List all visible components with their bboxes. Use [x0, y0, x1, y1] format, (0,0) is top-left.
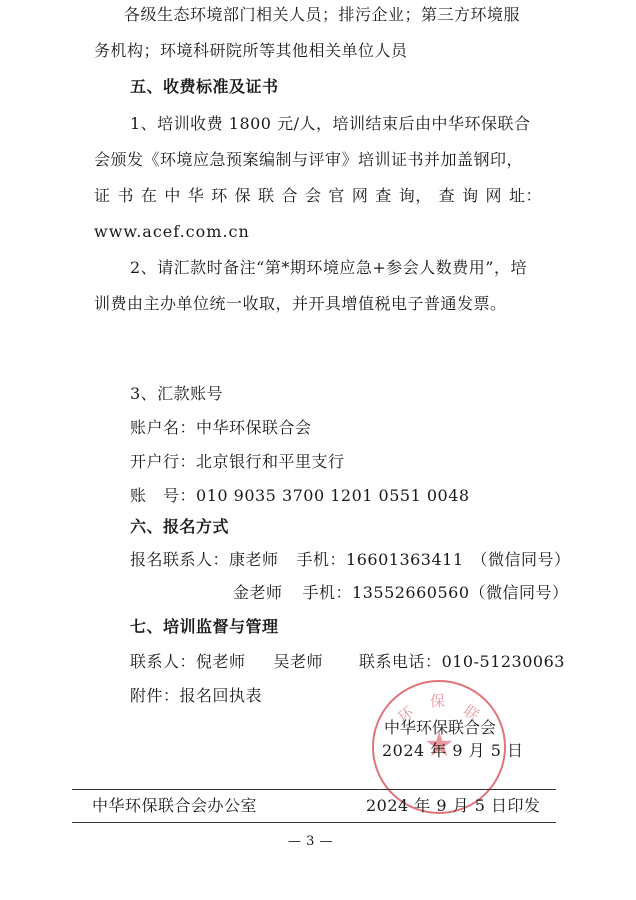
- section7-heading: 七、培训监督与管理: [130, 617, 279, 637]
- phone-label: 手机：: [297, 550, 347, 569]
- fee-text-char: 询，: [399, 186, 432, 206]
- footer-divider-bottom: [72, 822, 556, 823]
- phone-number: 13552660560: [352, 583, 469, 602]
- section5-heading: 五、收费标准及证书: [130, 77, 279, 97]
- account-number-value: 010 9035 3700 1201 0551 0048: [196, 486, 470, 505]
- bank-label: 开户行：: [130, 452, 196, 471]
- account-name-row: 账户名：中华环保联合会: [130, 418, 312, 438]
- fee-text-char: 址：: [509, 186, 542, 206]
- attachment-note: 附件：报名回执表: [130, 686, 262, 706]
- fee-text-char: 环: [211, 186, 228, 206]
- fee-text-char: 在: [141, 186, 158, 206]
- fee-text-char: 联: [258, 186, 275, 206]
- seal-char: 保: [430, 690, 445, 711]
- tel-number: 010-51230063: [442, 652, 565, 671]
- fee-text-char: 中: [164, 186, 181, 206]
- fee-text-char: 询: [462, 186, 479, 206]
- wechat-note: （微信同号）: [472, 550, 571, 569]
- audience-text-line2: 务机构；环境科研院所等其他相关单位人员: [94, 41, 408, 61]
- website-link[interactable]: www.acef.com.cn: [94, 222, 250, 242]
- audience-text-line1: 各级生态环境部门相关人员；排污企业；第三方环境服: [124, 5, 520, 25]
- fee-text-char: 证: [94, 186, 111, 206]
- account-name-label: 账户名：: [130, 418, 196, 437]
- account-heading: 3、汇款账号: [130, 384, 223, 404]
- fee-text-line3: 证书在中华环保联合会官网查询，查询网址：: [94, 186, 542, 206]
- tel-label: 联系电话：: [359, 652, 442, 671]
- fee-text-char: 官: [328, 186, 345, 206]
- contact-name-2: 吴老师: [274, 652, 324, 671]
- contact-label: 联系人：: [130, 652, 196, 671]
- fee-text-line2: 会颁发《环境应急预案编制与评审》培训证书并加盖钢印，: [94, 150, 523, 170]
- contact-label: 报名联系人：: [130, 550, 229, 569]
- phone-number: 16601363411: [346, 550, 463, 569]
- remittance-note-line1: 2、请汇款时备注“第*期环境应急+参会人数费用”，培: [130, 258, 527, 278]
- contact-name: 康老师: [229, 550, 279, 569]
- fee-text-char: 查: [375, 186, 392, 206]
- phone-label: 手机：: [303, 583, 353, 602]
- contact-row-2: 金老师手机：13552660560（微信同号）: [233, 583, 569, 603]
- contact-name-1: 倪老师: [196, 652, 246, 671]
- issue-date: 2024 年 9 月 5 日印发: [366, 796, 541, 816]
- fee-text-char: 会: [305, 186, 322, 206]
- page-number: — 3 —: [288, 832, 333, 852]
- footer-divider-top: [72, 789, 556, 790]
- account-name-value: 中华环保联合会: [196, 418, 312, 437]
- contact-name: 金老师: [233, 583, 283, 602]
- signature-org: 中华环保联合会: [384, 718, 496, 738]
- account-number-label: 账 号：: [130, 486, 196, 505]
- fee-text-line1: 1、培训收费 1800 元/人，培训结束后由中华环保联合: [130, 114, 530, 134]
- issuing-office: 中华环保联合会办公室: [92, 796, 257, 816]
- fee-text-char: 书: [117, 186, 134, 206]
- bank-value: 北京银行和平里支行: [196, 452, 345, 471]
- contact-row-1: 报名联系人：康老师手机：16601363411（微信同号）: [130, 550, 571, 570]
- section6-heading: 六、报名方式: [130, 517, 229, 537]
- fee-text-char: 查: [439, 186, 456, 206]
- account-number-row: 账 号：010 9035 3700 1201 0551 0048: [130, 486, 470, 506]
- wechat-note: （微信同号）: [470, 583, 569, 602]
- fee-text-char: 合: [282, 186, 299, 206]
- signature-date: 2024 年 9 月 5 日: [382, 741, 524, 761]
- supervision-contact-row: 联系人：倪老师吴老师联系电话：010-51230063: [130, 652, 565, 672]
- fee-text-char: 华: [188, 186, 205, 206]
- fee-text-char: 网: [486, 186, 503, 206]
- remittance-note-line2: 训费由主办单位统一收取，并开具增值税电子普通发票。: [94, 294, 507, 314]
- bank-row: 开户行：北京银行和平里支行: [130, 452, 345, 472]
- fee-text-char: 保: [235, 186, 252, 206]
- fee-text-char: 网: [352, 186, 369, 206]
